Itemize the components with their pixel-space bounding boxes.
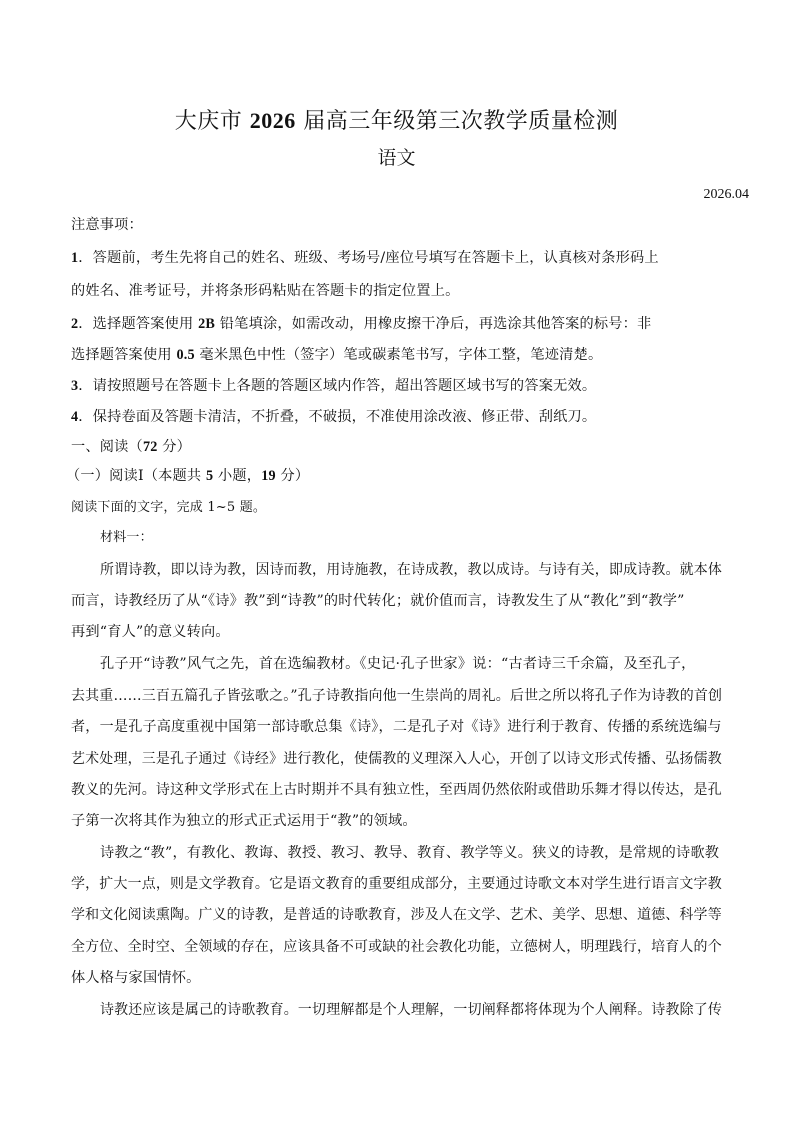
notice-item-1-line-1: 1．答题前，考生先将自己的姓名、班级、考场号/座位号填写在答题卡上，认真核对条形… bbox=[71, 248, 659, 268]
title-year: 2026 bbox=[250, 108, 296, 133]
notice-item-text: 选择题答案使用 bbox=[71, 347, 176, 363]
section-heading-text: 分） bbox=[158, 439, 192, 455]
subsection-score: 19 bbox=[261, 468, 276, 484]
exam-page: 大庆市 2026 届高三年级第三次教学质量检测 语文 2026.04 注意事项：… bbox=[0, 0, 793, 1122]
notice-item-3: 3．请按照题号在答题卡上各题的答题区域内作答，超出答题区域书写的答案无效。 bbox=[71, 376, 596, 396]
notice-item-text: ．保持卷面及答题卡清洁，不折叠，不破损，不准使用涂改液、修正带、刮纸刀。 bbox=[78, 409, 596, 425]
body-line: 全方位、全时空、全领域的存在，应该具备不可或缺的社会教化功能，立德树人，明理践行… bbox=[71, 937, 722, 957]
body-line: 所谓诗教，即以诗为教，因诗而教，用诗施教，在诗成教，教以成诗。与诗有关，即成诗教… bbox=[100, 560, 722, 580]
title-suffix: 届高三年级第三次教学质量检测 bbox=[303, 109, 618, 134]
subsection-heading-text: 小题， bbox=[213, 468, 261, 484]
material-label: 材料一： bbox=[100, 528, 153, 548]
notice-heading: 注意事项： bbox=[71, 215, 143, 235]
subsection-heading: （一）阅读Ⅰ（本题共 5 小题，19 分） bbox=[66, 466, 309, 486]
notice-item-4: 4．保持卷面及答题卡清洁，不折叠，不破损，不准使用涂改液、修正带、刮纸刀。 bbox=[71, 407, 596, 427]
notice-item-text: 铅笔填涂，如需改动，用橡皮擦干净后，再选涂其他答案的标号：非 bbox=[215, 316, 651, 332]
title-prefix: 大庆市 bbox=[175, 109, 243, 134]
body-line: 者，一是孔子高度重视中国第一部诗歌总集《诗》，二是孔子对《诗》进行利于教育、传播… bbox=[71, 717, 722, 737]
subsection-heading-text: （一）阅读Ⅰ（本题共 bbox=[66, 468, 206, 484]
body-line: 艺术处理，三是孔子通过《诗经》进行教化，使儒教的义理深入人心，开创了以诗文形式传… bbox=[71, 749, 722, 769]
notice-item-text: ．请按照题号在答题卡上各题的答题区域内作答，超出答题区域书写的答案无效。 bbox=[78, 378, 596, 394]
notice-item-text: ．答题前，考生先将自己的姓名、班级、考场号/座位号填写在答题卡上，认真核对条形码… bbox=[78, 250, 658, 266]
subsection-heading-text: 分） bbox=[276, 468, 310, 484]
body-line: 子第一次将其作为独立的形式正式运用于“教”的领域。 bbox=[71, 811, 417, 831]
pen-size: 0.5 bbox=[176, 347, 194, 363]
body-line: 学和文化阅读熏陶。广义的诗教，是普适的诗歌教育，涉及人在文学、艺术、美学、思想、… bbox=[71, 905, 722, 925]
notice-item-2-line-2: 选择题答案使用 0.5 毫米黑色中性（签字）笔或碳素笔书写，字体工整，笔迹清楚。 bbox=[71, 345, 602, 365]
notice-item-1-line-2: 的姓名、准考证号，并将条形码粘贴在答题卡的指定位置上。 bbox=[71, 281, 459, 301]
body-line: 再到“育人”的意义转向。 bbox=[71, 622, 230, 642]
section-heading: 一、阅读（72 分） bbox=[71, 437, 191, 457]
body-line: 孔子开“诗教”风气之先，首在选编教材。《史记·孔子世家》说：“古者诗三千余篇，及… bbox=[100, 654, 695, 674]
notice-item-text: ．选择题答案使用 bbox=[78, 316, 198, 332]
reading-instruction: 阅读下面的文字，完成 1~5 题。 bbox=[71, 498, 266, 518]
body-line: 教义的先河。诗这种文学形式在上古时期并不具有独立性，至西周仍然依附或借助乐舞才得… bbox=[71, 780, 722, 800]
body-line: 而言，诗教经历了从“《诗》教”到“诗教”的时代转化；就价值而言，诗教发生了从“教… bbox=[71, 591, 685, 611]
body-line: 去其重……三百五篇孔子皆弦歌之。”孔子诗教指向他一生崇尚的周礼。后世之所以将孔子… bbox=[71, 686, 722, 706]
body-line: 诗教之“教”，有教化、教诲、教授、教习、教导、教育、教学等义。狭义的诗教，是常规… bbox=[100, 843, 719, 863]
pencil-grade: 2B bbox=[198, 316, 215, 332]
subject-title: 语文 bbox=[0, 145, 793, 171]
exam-date: 2026.04 bbox=[704, 186, 750, 204]
exam-title: 大庆市 2026 届高三年级第三次教学质量检测 bbox=[0, 106, 793, 137]
body-line: 诗教还应该是属己的诗歌教育。一切理解都是个人理解，一切阐释都将体现为个人阐释。诗… bbox=[100, 1000, 722, 1020]
notice-item-2-line-1: 2．选择题答案使用 2B 铅笔填涂，如需改动，用橡皮擦干净后，再选涂其他答案的标… bbox=[71, 314, 651, 334]
body-line: 学，扩大一点，则是文学教育。它是语文教育的重要组成部分，主要通过诗歌文本对学生进… bbox=[71, 874, 722, 894]
body-line: 体人格与家国情怀。 bbox=[71, 968, 201, 988]
notice-item-text: 毫米黑色中性（签字）笔或碳素笔书写，字体工整，笔迹清楚。 bbox=[195, 347, 603, 363]
section-heading-text: 一、阅读（ bbox=[71, 439, 143, 455]
section-score: 72 bbox=[143, 439, 158, 455]
